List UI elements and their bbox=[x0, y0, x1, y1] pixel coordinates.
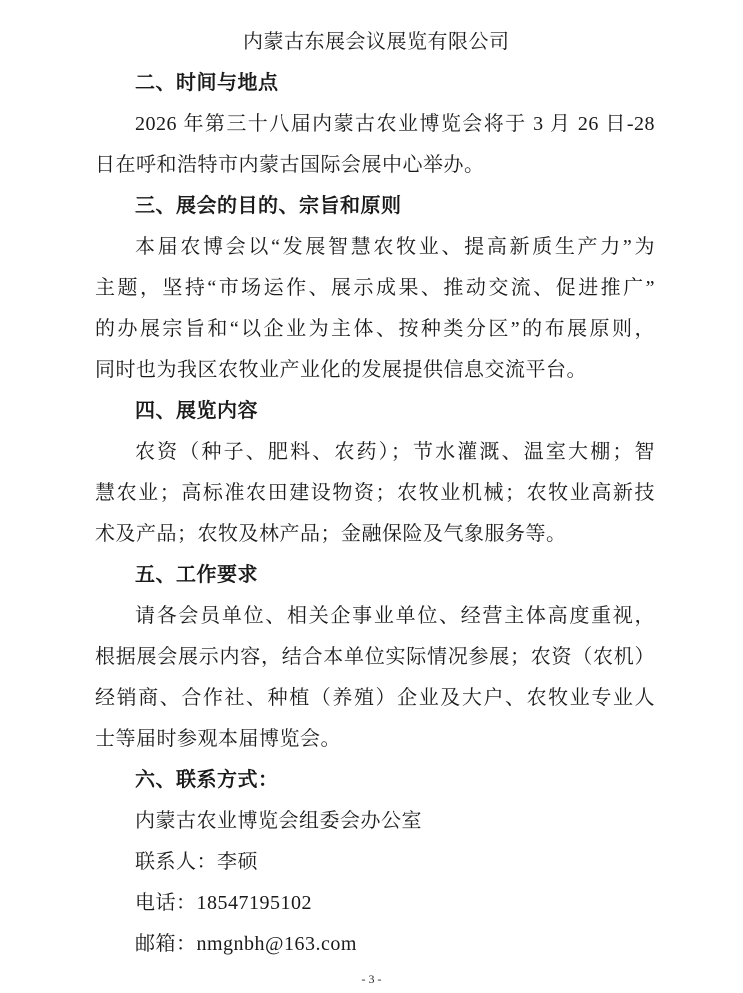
paragraph-line: 同时也为我区农牧业产业化的发展提供信息交流平台。 bbox=[95, 350, 655, 391]
contact-email-line: 邮箱：nmgnbh@163.com bbox=[95, 924, 655, 965]
paragraph-line: 慧农业；高标准农田建设物资；农牧业机械；农牧业高新技 bbox=[95, 473, 655, 514]
heading-work-requirements: 五、工作要求 bbox=[95, 555, 655, 596]
page-number: - 3 - bbox=[362, 972, 382, 986]
paragraph-line: 术及产品；农牧及林产品；金融保险及气象服务等。 bbox=[95, 514, 655, 555]
heading-time-and-place: 二、时间与地点 bbox=[95, 63, 655, 104]
company-line: 内蒙古东展会议展览有限公司 bbox=[95, 22, 655, 63]
heading-exhibit-content: 四、展览内容 bbox=[95, 391, 655, 432]
document-body: 内蒙古东展会议展览有限公司 二、时间与地点 2026 年第三十八届内蒙古农业博览… bbox=[95, 22, 655, 965]
contact-org-line: 内蒙古农业博览会组委会办公室 bbox=[95, 801, 655, 842]
page-footer: - 3 - bbox=[0, 972, 743, 986]
paragraph-line: 日在呼和浩特市内蒙古国际会展中心举办。 bbox=[95, 145, 655, 186]
paragraph-line: 士等届时参观本届博览会。 bbox=[95, 719, 655, 760]
paragraph-line: 本届农博会以“发展智慧农牧业、提高新质生产力”为 bbox=[95, 227, 655, 268]
heading-purpose-principles: 三、展会的目的、宗旨和原则 bbox=[95, 186, 655, 227]
paragraph-line: 根据展会展示内容，结合本单位实际情况参展；农资（农机） bbox=[95, 637, 655, 678]
paragraph-line: 经销商、合作社、种植（养殖）企业及大户、农牧业专业人 bbox=[95, 678, 655, 719]
document-page: 内蒙古东展会议展览有限公司 二、时间与地点 2026 年第三十八届内蒙古农业博览… bbox=[0, 0, 743, 993]
paragraph-line: 请各会员单位、相关企事业单位、经营主体高度重视， bbox=[95, 596, 655, 637]
heading-contact: 六、联系方式： bbox=[95, 760, 655, 801]
paragraph-line: 农资（种子、肥料、农药）；节水灌溉、温室大棚；智 bbox=[95, 432, 655, 473]
paragraph-line: 2026 年第三十八届内蒙古农业博览会将于 3 月 26 日-28 bbox=[95, 104, 655, 145]
paragraph-line: 的办展宗旨和“以企业为主体、按种类分区”的布展原则， bbox=[95, 309, 655, 350]
paragraph-line: 主题，坚持“市场运作、展示成果、推动交流、促进推广” bbox=[95, 268, 655, 309]
contact-person-line: 联系人：李硕 bbox=[95, 842, 655, 883]
contact-phone-line: 电话：18547195102 bbox=[95, 883, 655, 924]
